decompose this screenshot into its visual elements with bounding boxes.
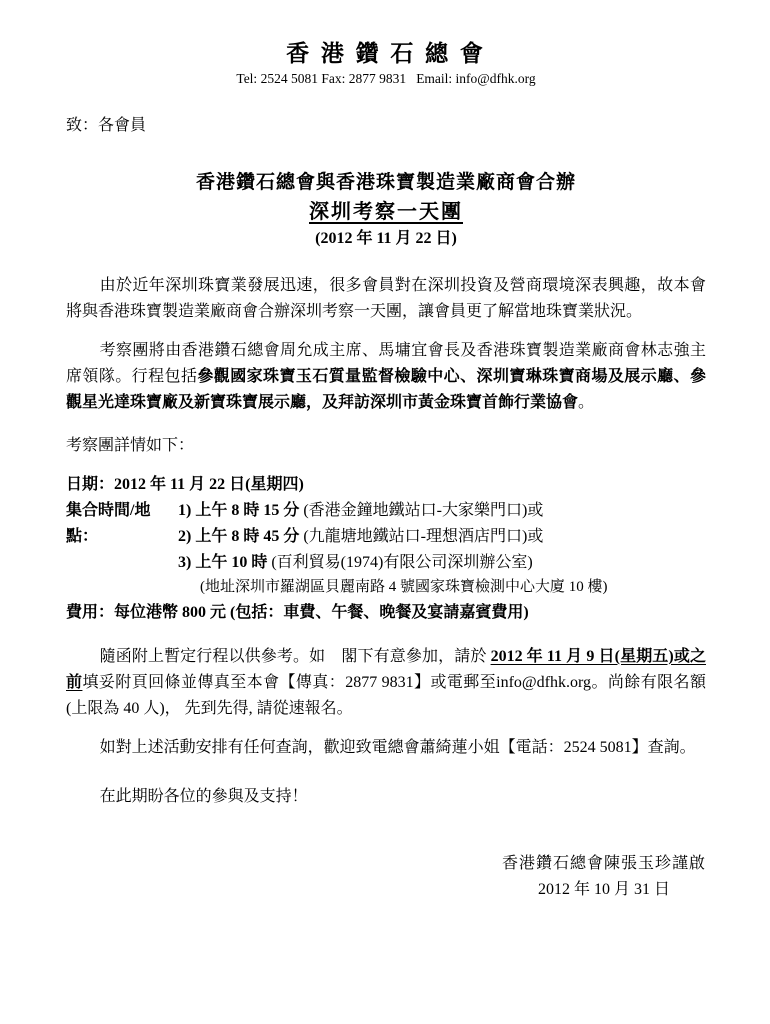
signature-inner: 香港鑽石總會陳張玉珍謹啟 2012 年 10 月 31 日 (502, 851, 706, 903)
meeting-option-2-time: 2) 上午 8 時 45 分 (178, 528, 303, 545)
signature-block: 香港鑽石總會陳張玉珍謹啟 2012 年 10 月 31 日 (66, 851, 706, 903)
reply-post-text: 填妥附頁回條並傳真至本會【傳真：2877 9831】或電郵至info@dfhk.… (66, 674, 706, 717)
itinerary-paragraph: 考察團將由香港鑽石總會周允成主席、馬墉宜會長及香港珠寶製造業廠商會林志強主席領隊… (66, 338, 706, 416)
details-heading: 考察團詳情如下： (66, 434, 706, 458)
meeting-option-3: 3) 上午 10 時 (百利貿易(1974)有限公司深圳辦公室) (178, 550, 706, 576)
organization-contact-line: Tel: 2524 5081 Fax: 2877 9831 Email: inf… (66, 71, 706, 87)
signature-organization: 香港鑽石總會陳張玉珍謹啟 (502, 851, 706, 877)
meeting-options-list: 1) 上午 8 時 15 分 (香港金鐘地鐵站口-大家樂門口)或 2) 上午 8… (178, 498, 706, 576)
letter-page: 香 港 鑽 石 總 會 Tel: 2524 5081 Fax: 2877 983… (0, 0, 770, 1024)
enquiry-paragraph: 如對上述活動安排有任何查詢，歡迎致電總會蕭綺蓮小姐【電話：2524 5081】查… (66, 735, 706, 761)
event-title-underlined: 深圳考察一天團 (309, 201, 463, 223)
reply-paragraph: 隨函附上暫定行程以供參考。如 閣下有意參加，請於 2012 年 11 月 9 日… (66, 644, 706, 722)
meeting-address-note: (地址深圳市羅湖區貝麗南路 4 號國家珠寶檢測中心大廈 10 樓) (200, 576, 706, 598)
fee-line: 費用：每位港幣 800 元 (包括：車費、午餐、晚餐及宴請嘉賓費用) (66, 600, 706, 626)
event-title-line1: 香港鑽石總會與香港珠寶製造業廠商會合辦 (66, 169, 706, 197)
meeting-time-location-row: 集合時間/地點： 1) 上午 8 時 15 分 (香港金鐘地鐵站口-大家樂門口)… (66, 498, 706, 576)
reply-pre-text: 隨函附上暫定行程以供參考。如 閣下有意參加，請於 (100, 648, 491, 665)
signature-date: 2012 年 10 月 31 日 (502, 877, 706, 903)
meeting-label: 集合時間/地點： (66, 498, 178, 576)
closing-line: 在此期盼各位的參與及支持！ (66, 785, 706, 809)
meeting-option-2-place: (九龍塘地鐵站口-理想酒店門口)或 (303, 528, 543, 545)
itinerary-period: 。 (578, 394, 594, 411)
organization-name: 香 港 鑽 石 總 會 (66, 40, 706, 68)
meeting-option-1-time: 1) 上午 8 時 15 分 (178, 502, 303, 519)
meeting-option-1-place: (香港金鐘地鐵站口-大家樂門口)或 (303, 502, 543, 519)
salutation: 致：各會員 (66, 115, 706, 137)
intro-paragraph: 由於近年深圳珠寶業發展迅速，很多會員對在深圳投資及營商環境深表興趣，故本會將與香… (66, 273, 706, 325)
meeting-option-3-time: 3) 上午 10 時 (178, 554, 271, 571)
event-title-line2: 深圳考察一天團 (66, 197, 706, 227)
letterhead: 香 港 鑽 石 總 會 Tel: 2524 5081 Fax: 2877 983… (66, 40, 706, 87)
letter-title-block: 香港鑽石總會與香港珠寶製造業廠商會合辦 深圳考察一天團 (2012 年 11 月… (66, 169, 706, 251)
meeting-option-1: 1) 上午 8 時 15 分 (香港金鐘地鐵站口-大家樂門口)或 (178, 498, 706, 524)
meeting-option-2: 2) 上午 8 時 45 分 (九龍塘地鐵站口-理想酒店門口)或 (178, 524, 706, 550)
event-date: (2012 年 11 月 22 日) (66, 227, 706, 251)
tour-date-line: 日期：2012 年 11 月 22 日(星期四) (66, 472, 706, 498)
meeting-option-3-place: (百利貿易(1974)有限公司深圳辦公室) (271, 554, 532, 571)
